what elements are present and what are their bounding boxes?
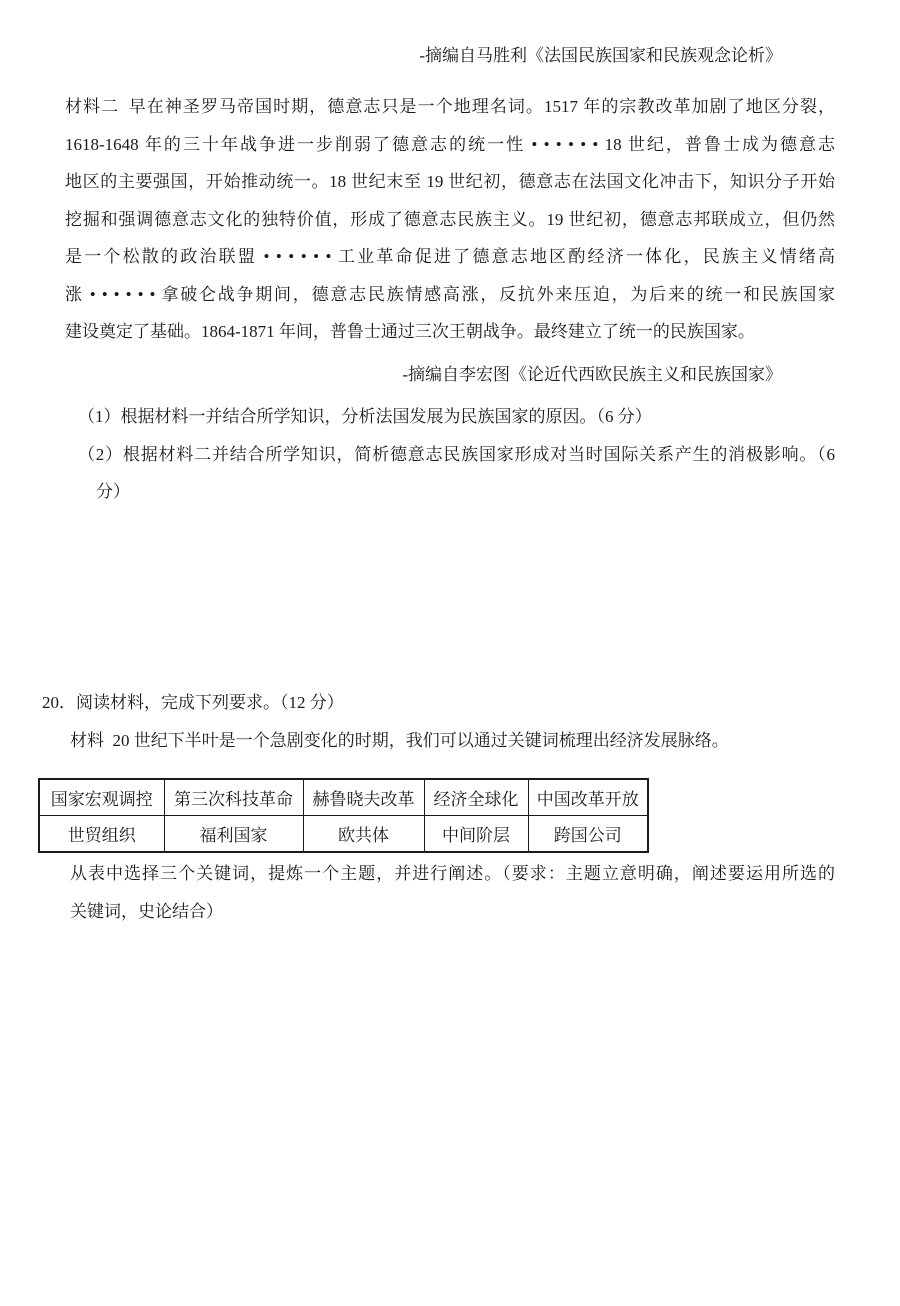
keyword-cell: 中国改革开放 [528, 779, 648, 816]
material1-source-citation: -摘编自马胜利《法国民族国家和民族观念论析》 [65, 45, 782, 67]
instruction-line1: 从表中选择三个关键词，提炼一个主题，并进行阐述。（要求：主题立意明确，阐述要运用… [70, 855, 835, 893]
material2-line: 涨 • • • • • • 拿破仑战争期间，德意志民族情感高涨，反抗外来压迫，为… [65, 276, 835, 314]
material2-source-citation: -摘编自李宏图《论近代西欧民族主义和民族国家》 [65, 364, 782, 386]
material2-line: 地区的主要强国，开始推动统一。18 世纪末至 19 世纪初，德意志在法国文化冲击… [65, 163, 835, 201]
question-20-instruction: 从表中选择三个关键词，提炼一个主题，并进行阐述。（要求：主题立意明确，阐述要运用… [70, 855, 835, 930]
material2-line: 1618-1648 年的三十年战争进一步削弱了德意志的统一性 • • • • •… [65, 126, 835, 164]
question-20-heading: 20．阅读材料，完成下列要求。（12 分） [42, 684, 842, 722]
keyword-cell: 中间阶层 [424, 816, 528, 853]
keyword-table-row: 国家宏观调控 第三次科技革命 赫鲁晓夫改革 经济全球化 中国改革开放 [39, 779, 648, 816]
keyword-cell: 福利国家 [164, 816, 303, 853]
subquestion-2-line2: 分） [78, 473, 835, 511]
keyword-table-row: 世贸组织 福利国家 欧共体 中间阶层 跨国公司 [39, 816, 648, 853]
question-20-material-intro: 材料 20 世纪下半叶是一个急剧变化的时期，我们可以通过关键词梳理出经济发展脉络… [70, 722, 860, 760]
subquestion-1: （1）根据材料一并结合所学知识，分析法国发展为民族国家的原因。（6 分） [78, 398, 835, 436]
instruction-line2: 关键词，史论结合） [70, 893, 835, 931]
question-19-subquestions: （1）根据材料一并结合所学知识，分析法国发展为民族国家的原因。（6 分） （2）… [78, 398, 835, 511]
subquestion-2-line1: （2）根据材料二并结合所学知识，简析德意志民族国家形成对当时国际关系产生的消极影… [78, 436, 835, 474]
exam-document-page: -摘编自马胜利《法国民族国家和民族观念论析》 材料二 早在神圣罗马帝国时期，德意… [0, 0, 900, 1306]
keyword-table: 国家宏观调控 第三次科技革命 赫鲁晓夫改革 经济全球化 中国改革开放 世贸组织 … [38, 778, 649, 853]
keyword-cell: 经济全球化 [424, 779, 528, 816]
keyword-cell: 欧共体 [303, 816, 424, 853]
keyword-cell: 世贸组织 [39, 816, 164, 853]
material2-line: 挖掘和强调德意志文化的独特价值，形成了德意志民族主义。19 世纪初，德意志邦联成… [65, 201, 835, 239]
keyword-cell: 国家宏观调控 [39, 779, 164, 816]
keyword-table-container: 国家宏观调控 第三次科技革命 赫鲁晓夫改革 经济全球化 中国改革开放 世贸组织 … [38, 778, 649, 853]
keyword-cell: 跨国公司 [528, 816, 648, 853]
material2-line: 材料二 早在神圣罗马帝国时期，德意志只是一个地理名词。1517 年的宗教改革加剧… [65, 88, 835, 126]
material2-paragraph: 材料二 早在神圣罗马帝国时期，德意志只是一个地理名词。1517 年的宗教改革加剧… [65, 88, 835, 351]
keyword-cell: 赫鲁晓夫改革 [303, 779, 424, 816]
material2-line: 建设奠定了基础。1864-1871 年间，普鲁士通过三次王朝战争。最终建立了统一… [65, 313, 835, 351]
material2-line: 是一个松散的政治联盟 • • • • • • 工业革命促进了德意志地区酌经济一体… [65, 238, 835, 276]
keyword-cell: 第三次科技革命 [164, 779, 303, 816]
